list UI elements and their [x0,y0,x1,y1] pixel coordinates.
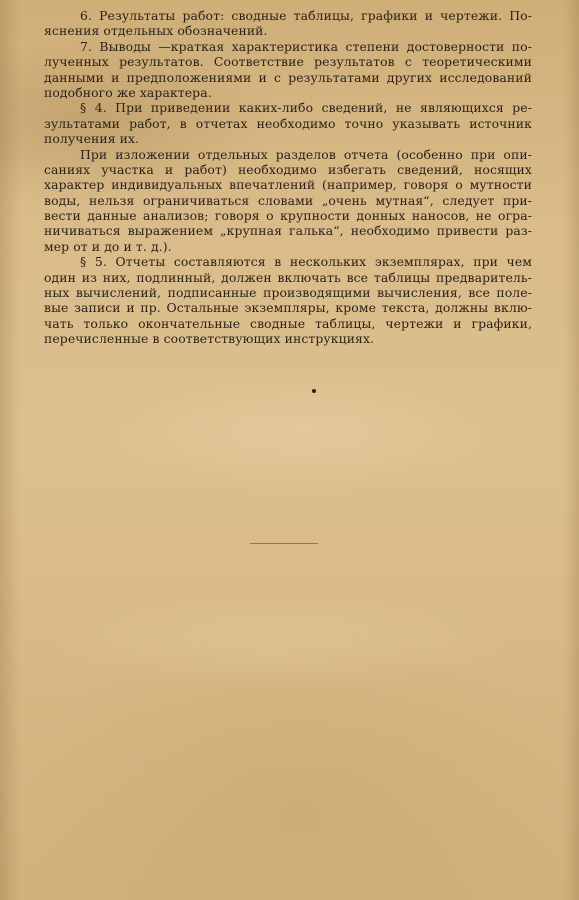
text-line: саниях участка и работ) необходимо избег… [44,162,532,177]
text-line: данными и предположениями и с результата… [44,70,532,85]
text-line: зультатами работ, в отчетах необходимо т… [44,116,532,131]
page-edge-shadow-left [0,0,20,900]
paragraph-item-6: 6. Результаты работ: сводные таблицы, гр… [44,8,532,39]
text-line: яснения отдельных обозначений. [44,23,532,38]
text-line: чать только окончательные сводные таблиц… [44,316,532,331]
section-end-rule [250,543,318,544]
text-line: подобного же характера. [44,85,532,100]
text-line: ных вычислений, подписанные производящим… [44,285,532,300]
text-line: ничиваться выражением „крупная галька“, … [44,223,532,238]
text-line: перечисленные в соответствующих инструкц… [44,331,532,346]
text-line: характер индивидуальных впечатлений (нап… [44,177,532,192]
document-page: 6. Результаты работ: сводные таблицы, гр… [0,0,579,900]
document-body: 6. Результаты работ: сводные таблицы, гр… [44,8,532,347]
text-line: вые записи и пр. Остальные экземпляры, к… [44,300,532,315]
paragraph-section-4: § 4. При приведении каких-либо сведений,… [44,100,532,146]
text-line: 7. Выводы —краткая характеристика степен… [44,39,532,54]
text-line: один из них, подлинный, должен включать … [44,270,532,285]
text-line: § 5. Отчеты составляются в нескольких эк… [44,254,532,269]
text-line: § 4. При приведении каких-либо сведений,… [44,100,532,115]
paragraph-section-5: § 5. Отчеты составляются в нескольких эк… [44,254,532,346]
paragraph-item-7: 7. Выводы —краткая характеристика степен… [44,39,532,101]
text-line: лученных результатов. Соответствие резул… [44,54,532,69]
text-line: При изложении отдельных разделов отчета … [44,147,532,162]
text-line: 6. Результаты работ: сводные таблицы, гр… [44,8,532,23]
paragraph-section-4-details: При изложении отдельных разделов отчета … [44,147,532,255]
text-line: мер от и до и т. д.). [44,239,532,254]
ink-speck [312,389,316,393]
text-line: получения их. [44,131,532,146]
page-edge-shadow-right [563,0,579,900]
text-line: вести данные анализов; говоря о крупност… [44,208,532,223]
text-line: воды, нельзя ограничиваться словами „оче… [44,193,532,208]
